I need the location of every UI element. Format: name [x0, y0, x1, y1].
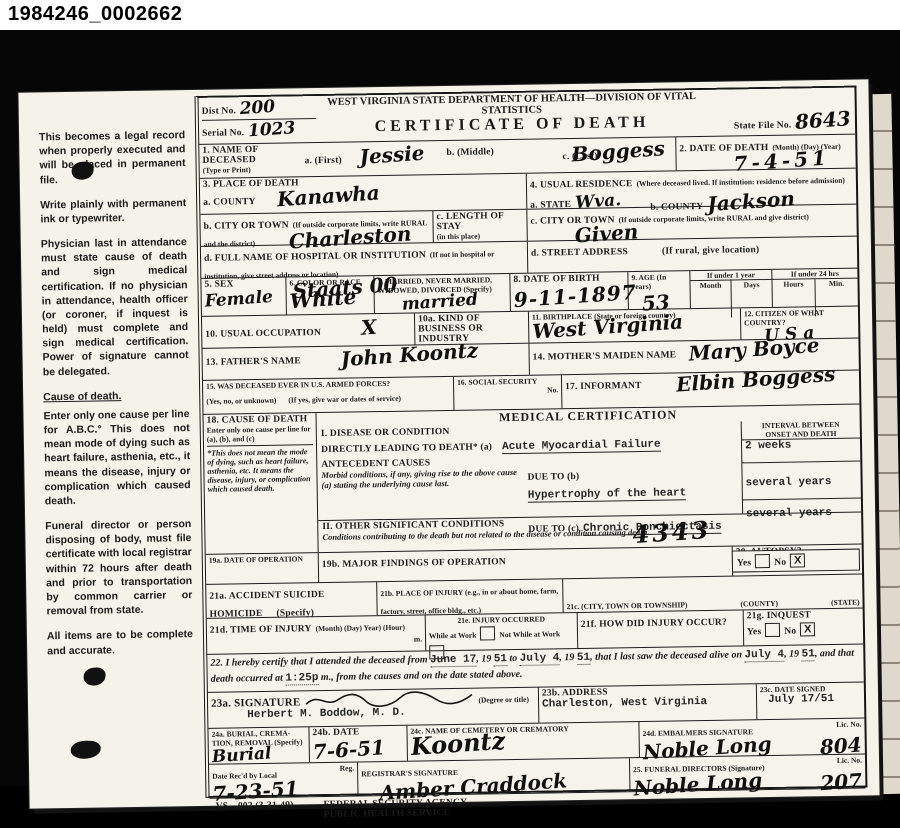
inquest-no-checkbox: X	[800, 623, 815, 637]
cemetery-value: Koontz	[410, 726, 506, 761]
interval-b: several years	[742, 462, 861, 501]
street-address-note: (If rural, give location)	[662, 245, 759, 257]
certify-text: , 19	[476, 653, 491, 664]
degree-or-title-label: (Degree or title)	[478, 695, 529, 705]
while-at-work-label: While at Work	[429, 631, 477, 641]
name-label: 1. NAME OF DECEASED	[202, 144, 298, 166]
armed-forces-note1: (Yes, no, or unknown)	[206, 396, 276, 406]
father-label: 13. FATHER'S NAME	[206, 356, 301, 367]
autopsy-yes-checkbox	[755, 554, 770, 568]
place-of-injury-label: 21b. PLACE OF INJURY	[380, 588, 463, 598]
certify-text: , 19	[784, 649, 799, 660]
cause-a-value: Acute Myocardial Failure	[502, 439, 661, 454]
funeral-director-lic-label: Lic. No.	[837, 756, 862, 765]
scan-header-bar: 1984246_0002662	[0, 0, 900, 30]
attended-from-year: 51	[494, 653, 507, 666]
dist-no-value: 200	[239, 97, 276, 119]
last-seen-year: 51	[802, 648, 815, 661]
armed-forces-note2: (If yes, give war or dates of service)	[288, 394, 401, 405]
how-injury-label: 21f. HOW DID INJURY OCCUR?	[581, 618, 727, 630]
margin-instructions: This becomes a legal record when properl…	[39, 128, 193, 669]
length-of-stay-note: (in this place)	[437, 231, 524, 241]
interval-header-line2: ONSET AND DEATH	[765, 429, 836, 439]
time-of-injury-columns: (Month) (Day) Year) (Hour)	[315, 623, 405, 633]
burial-date-value: 7-6-51	[312, 735, 386, 764]
due-to-b-label: DUE TO (b)	[527, 472, 579, 483]
while-at-work-checkbox	[480, 627, 495, 641]
name-sublabel: (Type or Print)	[203, 164, 299, 175]
date-received-reg: Reg.	[340, 764, 355, 773]
certify-text: 22. I hereby certify that I attended the…	[210, 654, 427, 668]
cause-note-2: *This does not mean the mode of dying, s…	[207, 447, 314, 494]
occupation-value: X	[360, 315, 377, 340]
last-seen-date: July 4	[744, 649, 784, 663]
cause-b-value: Hypertrophy of the heart	[528, 487, 687, 502]
signature-label: 23a. SIGNATURE	[211, 696, 301, 709]
scanner-background: This becomes a legal record when properl…	[0, 30, 900, 786]
certify-text: m., from the causes and on the date stat…	[321, 669, 523, 683]
ink-blot	[83, 667, 105, 685]
other-conditions-value: 4343	[632, 515, 713, 549]
marital-value: married	[401, 290, 478, 315]
first-name-label: a. (First)	[304, 156, 342, 167]
scan-id-label: 1984246_0002662	[0, 0, 900, 26]
state-file-no-value: 8643	[795, 106, 852, 134]
margin-note: Funeral director or person disposing of …	[45, 517, 193, 618]
attended-to-date: July 4	[520, 652, 560, 666]
margin-note: Write plainly with permanent ink or type…	[40, 196, 186, 227]
pod-county-label: a. COUNTY	[203, 197, 256, 208]
serial-no-value: 1023	[248, 118, 297, 141]
margin-note: This becomes a legal record when properl…	[39, 128, 186, 187]
pod-city-label: b. CITY OR TOWN	[203, 220, 288, 231]
margin-heading: Cause of death.	[43, 388, 189, 404]
race-value: White	[289, 285, 357, 313]
injury-state-label: (STATE)	[831, 598, 860, 607]
sex-value: Female	[204, 287, 273, 312]
cause-note-1: Enter only one cause per line for (a), (…	[207, 424, 313, 447]
usual-residence-note: (Where deceased lived. If institution: r…	[636, 176, 844, 188]
injury-county-label: (COUNTY)	[740, 599, 778, 609]
mother-label: 14. MOTHER'S MAIDEN NAME	[533, 350, 677, 362]
length-of-stay-label: c. LENGTH OF STAY	[436, 211, 523, 232]
dist-no-label: Dist No.	[202, 106, 236, 117]
inquest-no-label: No	[784, 627, 796, 637]
ink-blot	[71, 741, 101, 759]
serial-no-label: Serial No.	[202, 128, 244, 139]
middle-name-label: b. (Middle)	[446, 147, 494, 158]
interval-header: INTERVAL BETWEEN ONSET AND DEATH	[742, 420, 860, 441]
armed-forces-label: 15. WAS DECEASED EVER IN U.S. ARMED FORC…	[206, 378, 450, 391]
last-name-value: Boggess	[571, 136, 666, 166]
interval-a: 2 weeks	[742, 439, 860, 464]
certificate-form: Dist No. 200 Serial No. 1023 WEST VIRGIN…	[195, 86, 868, 786]
disease-label-2: DIRECTLY LEADING TO DEATH* (a)	[321, 442, 492, 455]
margin-note: Physician last in attendance must state …	[41, 235, 189, 379]
margin-note: Enter only one cause per line for A.B.C.…	[43, 407, 191, 508]
ssn-no: No.	[457, 385, 558, 396]
certify-text: alive on	[709, 649, 742, 661]
certify-text: , that I last saw the deceased	[590, 650, 707, 663]
margin-note: All items are to be complete and accurat…	[47, 627, 193, 658]
autopsy-no-checkbox: X	[790, 554, 805, 568]
first-name-value: Jessie	[359, 141, 426, 169]
death-time-value: 1:25p	[285, 672, 318, 686]
informant-label: 17. INFORMANT	[565, 381, 642, 392]
funeral-director-lic-value: 207	[820, 768, 863, 786]
dob-value: 9-11-1897	[513, 280, 637, 312]
usual-residence-label: 4. USUAL RESIDENCE	[530, 179, 633, 191]
time-of-injury-label: 21d. TIME OF INJURY	[210, 624, 312, 636]
embalmer-lic-label: Lic. No.	[836, 720, 861, 729]
occupation-label: 10. USUAL OCCUPATION	[205, 328, 321, 340]
hospital-label: d. FULL NAME OF HOSPITAL OR INSTITUTION	[204, 250, 426, 263]
injury-city-label: 21c. (CITY, TOWN OR TOWNSHIP)	[566, 600, 687, 611]
autopsy-yes-label: Yes	[737, 558, 751, 568]
inquest-yes-checkbox	[765, 623, 780, 637]
injury-occurred-label: 21e. INJURY OCCURRED	[457, 615, 545, 625]
major-findings-label: 19b. MAJOR FINDINGS OF OPERATION	[322, 557, 506, 570]
inquest-yes-label: Yes	[747, 627, 761, 637]
autopsy-no-label: No	[774, 558, 786, 568]
inquest-label: 21g. INQUEST	[747, 610, 860, 622]
date-signed-value: July 17/51	[768, 693, 861, 706]
attended-to-year: 51	[577, 652, 590, 665]
res-city-note: (If outside corporate limits, write RURA…	[619, 212, 809, 224]
antecedent-note: Morbid conditions, if any, giving rise t…	[321, 467, 521, 490]
certify-text: , 19	[559, 652, 574, 663]
state-file-no-label: State File No.	[734, 121, 792, 132]
certify-text: to	[509, 653, 517, 664]
death-certificate-document: This becomes a legal record when properl…	[18, 79, 879, 786]
time-m-label: m.	[210, 634, 422, 646]
not-while-at-work-label: Not While at Work	[499, 629, 560, 639]
age-label: 9. AGE (In years)	[631, 272, 686, 291]
medical-certification-section: 18. CAUSE OF DEATH Enter only one cause …	[203, 404, 861, 554]
date-of-operation-label: 19a. DATE OF OPERATION	[209, 554, 315, 565]
attended-from-date: June 17	[430, 654, 476, 668]
street-address-label: d. STREET ADDRESS	[531, 247, 628, 259]
address-value: Charleston, West Virginia	[542, 695, 753, 710]
